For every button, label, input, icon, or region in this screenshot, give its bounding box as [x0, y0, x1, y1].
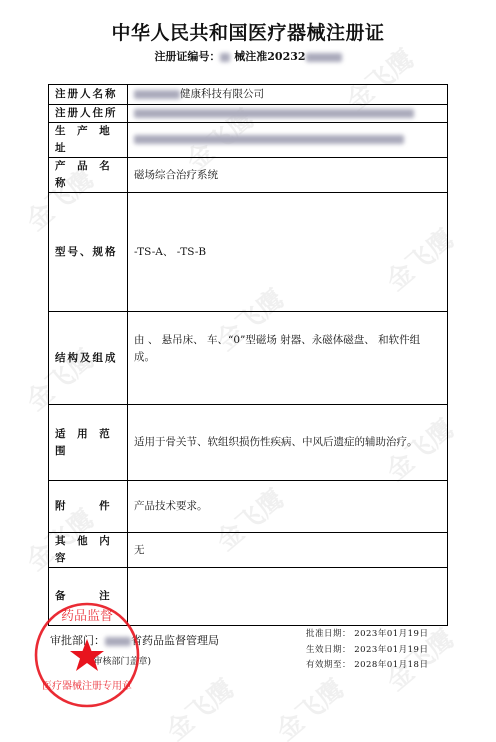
dates-block: 批准日期： 2023年01月19日 生效日期： 2023年01月19日 有效期至…	[306, 627, 428, 674]
row-production-address: 生 产 地 址	[49, 123, 448, 158]
row-other: 其 他 内 容 无	[49, 533, 448, 568]
label: 附 件	[49, 481, 128, 533]
certificate-table: 注册人名称 健康科技有限公司 注册人住所 生 产 地 址 产 品 名 称 磁场综…	[48, 84, 448, 626]
row-attachment: 附 件 产品技术要求。	[49, 481, 448, 533]
value: 无	[128, 533, 448, 568]
authority-value: 省药品监督管理局	[131, 634, 219, 647]
label: 产 品 名 称	[49, 158, 128, 193]
row-model-spec: 型号、规格 -TS-A、 -TS-B	[49, 193, 448, 312]
svg-text:药品监督: 药品监督	[61, 608, 113, 624]
registration-number: 注册证编号： 械注准20232	[0, 48, 496, 64]
label: 结构及组成	[49, 312, 128, 405]
redacted	[220, 53, 230, 62]
label: 其 他 内 容	[49, 533, 128, 568]
label: 注册人住所	[49, 105, 128, 123]
redacted	[306, 53, 342, 62]
watermark: 金飞鹰	[267, 669, 351, 742]
reg-no-value: 械注准20232	[234, 50, 305, 63]
label: 生 产 地 址	[49, 123, 128, 158]
row-structure: 结构及组成 由 、 悬吊床、 车、“0”型磁场 射器、永磁体磁盘、 和软件组成。	[49, 312, 448, 405]
value: 适用于骨关节、软组织损伤性疾病、中风后遗症的辅助治疗。	[128, 405, 448, 481]
expiry-date: 有效期至： 2028年01月18日	[306, 658, 428, 674]
row-scope: 适 用 范 围 适用于骨关节、软组织损伤性疾病、中风后遗症的辅助治疗。	[49, 405, 448, 481]
official-seal-icon: 药品监督 医疗器械注册专用章	[33, 601, 141, 709]
value	[128, 123, 448, 158]
reg-no-label: 注册证编号：	[154, 50, 220, 63]
approval-date: 批准日期： 2023年01月19日	[306, 627, 428, 643]
document-title: 中华人民共和国医疗器械注册证	[0, 18, 496, 45]
label: 注册人名称	[49, 85, 128, 105]
svg-text:医疗器械注册专用章: 医疗器械注册专用章	[42, 679, 132, 692]
effective-date: 生效日期： 2023年01月19日	[306, 643, 428, 659]
row-registrant-name: 注册人名称 健康科技有限公司	[49, 85, 448, 105]
value: 健康科技有限公司	[128, 85, 448, 105]
row-registrant-address: 注册人住所	[49, 105, 448, 123]
value: 磁场综合治疗系统	[128, 158, 448, 193]
value: 由 、 悬吊床、 车、“0”型磁场 射器、永磁体磁盘、 和软件组成。	[128, 312, 448, 405]
row-product-name: 产 品 名 称 磁场综合治疗系统	[49, 158, 448, 193]
value: -TS-A、 -TS-B	[128, 193, 448, 312]
value	[128, 105, 448, 123]
value: 产品技术要求。	[128, 481, 448, 533]
value	[128, 568, 448, 626]
watermark: 金飞鹰	[157, 669, 241, 742]
label: 适 用 范 围	[49, 405, 128, 481]
label: 型号、规格	[49, 193, 128, 312]
